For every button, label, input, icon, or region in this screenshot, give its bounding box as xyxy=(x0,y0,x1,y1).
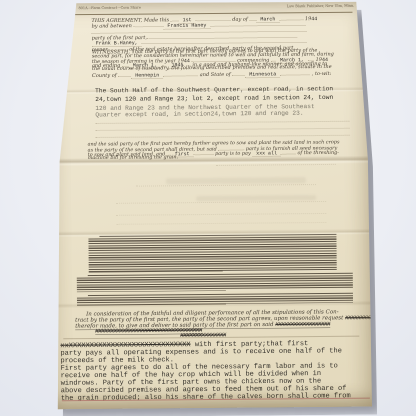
typed-strikeout-row-centered: XXXXXXXXXXXXXXX xyxy=(180,333,226,339)
publisher-imprint: Law Blank Publisher, New Ulm, Minn. xyxy=(287,4,355,9)
photo-backdrop: 801A—Farm Contract—Corn Share Law Blank … xyxy=(0,0,416,416)
blank-rule xyxy=(96,135,350,138)
terms-line-2: party pays all operating expenses and is… xyxy=(60,347,342,356)
threshing-share-field: xxx all xyxy=(252,150,281,156)
contract-document: 801A—Farm Contract—Corn Share Law Blank … xyxy=(44,1,378,410)
sow-plant-clause: and the said party of the first part her… xyxy=(88,139,338,141)
state-field: Minnesota xyxy=(245,71,280,77)
blank-rule xyxy=(136,184,316,187)
blank-rule xyxy=(216,164,336,166)
blank-rule xyxy=(116,222,326,225)
show-through-smudge xyxy=(166,177,306,184)
land-line-2: 24,town 120 and Range 23; lot 2, except … xyxy=(95,94,333,102)
land-line-1: The South Half of the Southwest Quarter,… xyxy=(95,86,333,94)
county-state-line: County of Hennepin and State of Minnesot… xyxy=(92,69,331,78)
land-description: The South Half of the Southwest Quarter,… xyxy=(95,86,375,124)
blank-rule xyxy=(116,213,326,216)
sow-line-4: machine bill for threshing the grain. xyxy=(88,154,178,159)
blank-rule xyxy=(95,128,349,131)
county-field: Hennepin xyxy=(131,72,163,78)
year-field: 44 xyxy=(311,16,317,22)
show-through-smudge xyxy=(196,195,316,201)
form-number: 801A—Farm Contract—Corn Share xyxy=(78,6,141,11)
document-tilt-wrapper: 801A—Farm Contract—Corn Share Law Blank … xyxy=(0,0,416,416)
fine-print-block-1 xyxy=(88,234,336,273)
land-line-4: Quarter except road, in section24,town 1… xyxy=(95,110,303,118)
consideration-clause: In consideration of the faithful and dil… xyxy=(75,308,355,310)
imprint-row: 801A—Farm Contract—Corn Share Law Blank … xyxy=(78,4,354,11)
fine-print-block-3 xyxy=(77,293,353,306)
form-section: THIS AGREEMENT, Made this 1st day of Mar… xyxy=(92,14,332,16)
fine-print-block-2 xyxy=(77,273,353,292)
blank-rule xyxy=(116,201,326,204)
typed-strikeout: XXXXXXXXXXXXXXXXXX xyxy=(275,321,330,327)
